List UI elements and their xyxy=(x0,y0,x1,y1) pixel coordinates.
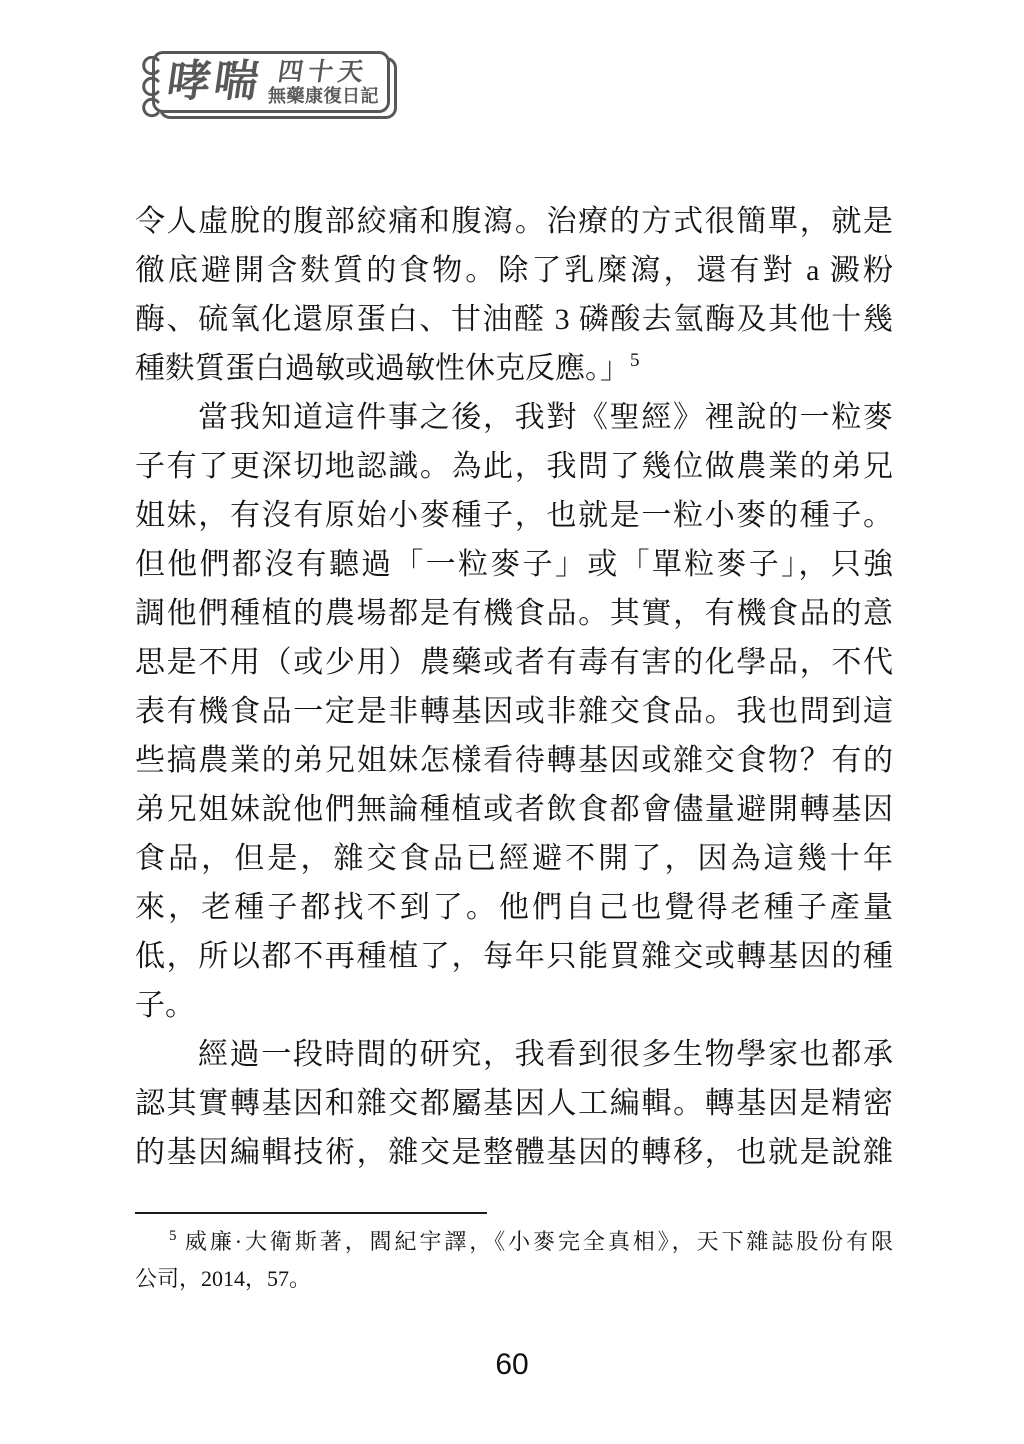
body-line: 些搞農業的弟兄姐妹怎樣看待轉基因或雜交食物？有的 xyxy=(135,736,893,785)
body-line: 姐妹，有沒有原始小麥種子，也就是一粒小麥的種子。 xyxy=(135,491,893,540)
body-text: 令人虛脫的腹部絞痛和腹瀉。治療的方式很簡單，就是徹底避開含麩質的食物。除了乳糜瀉… xyxy=(135,197,893,1177)
logo-subtitle: 四十天 無藥康復日記 xyxy=(268,59,379,107)
footnote-line: 公司，2014，57。 xyxy=(135,1260,893,1297)
body-line: 表有機食品一定是非轉基因或非雜交食品。我也問到這 xyxy=(135,687,893,736)
logo-subtitle-bottom: 無藥康復日記 xyxy=(268,86,379,107)
page-number: 60 xyxy=(0,1348,1024,1382)
book-logo: 哮喘 四十天 無藥康復日記 xyxy=(137,47,409,125)
footnote-line: 5 威廉·大衛斯著，閻紀宇譯，《小麥完全真相》，天下雜誌股份有限 xyxy=(135,1223,893,1260)
book-page: 哮喘 四十天 無藥康復日記 令人虛脫的腹部絞痛和腹瀉。治療的方式很簡單，就是徹底… xyxy=(0,0,1024,1444)
body-line: 酶、硫氧化還原蛋白、甘油醛 3 磷酸去氫酶及其他十幾 xyxy=(135,295,893,344)
body-line: 來，老種子都找不到了。他們自己也覺得老種子產量 xyxy=(135,883,893,932)
body-line: 徹底避開含麩質的食物。除了乳糜瀉，還有對 a 澱粉 xyxy=(135,246,893,295)
spiral-binding-icon xyxy=(137,56,163,122)
logo-title: 哮喘 xyxy=(164,60,264,104)
body-line: 的基因編輯技術，雜交是整體基因的轉移，也就是說雜 xyxy=(135,1128,893,1177)
body-line: 思是不用（或少用）農藥或者有毒有害的化學品，不代 xyxy=(135,638,893,687)
logo-subtitle-top: 四十天 xyxy=(277,59,371,87)
body-line: 種麩質蛋白過敏或過敏性休克反應。」5 xyxy=(135,344,893,393)
body-line: 食品，但是，雜交食品已經避不開了，因為這幾十年 xyxy=(135,834,893,883)
footnote-marker: 5 xyxy=(169,1228,177,1244)
body-line: 低，所以都不再種植了，每年只能買雜交或轉基因的種 xyxy=(135,932,893,981)
body-line: 弟兄姐妹說他們無論種植或者飲食都會儘量避開轉基因 xyxy=(135,785,893,834)
body-line: 當我知道這件事之後，我對《聖經》裡說的一粒麥 xyxy=(135,393,893,442)
footnote-separator xyxy=(135,1212,487,1214)
body-line: 調他們種植的農場都是有機食品。其實，有機食品的意 xyxy=(135,589,893,638)
logo-box: 哮喘 四十天 無藥康復日記 xyxy=(152,51,390,113)
body-line: 子有了更深切地認識。為此，我問了幾位做農業的弟兄 xyxy=(135,442,893,491)
body-line: 但他們都沒有聽過「一粒麥子」或「單粒麥子」，只強 xyxy=(135,540,893,589)
footnote: 5 威廉·大衛斯著，閻紀宇譯，《小麥完全真相》，天下雜誌股份有限公司，2014，… xyxy=(135,1223,893,1297)
body-line: 子。 xyxy=(135,981,893,1030)
body-line: 經過一段時間的研究，我看到很多生物學家也都承 xyxy=(135,1030,893,1079)
body-line: 令人虛脫的腹部絞痛和腹瀉。治療的方式很簡單，就是 xyxy=(135,197,893,246)
body-line: 認其實轉基因和雜交都屬基因人工編輯。轉基因是精密 xyxy=(135,1079,893,1128)
footnote-ref: 5 xyxy=(630,350,640,371)
